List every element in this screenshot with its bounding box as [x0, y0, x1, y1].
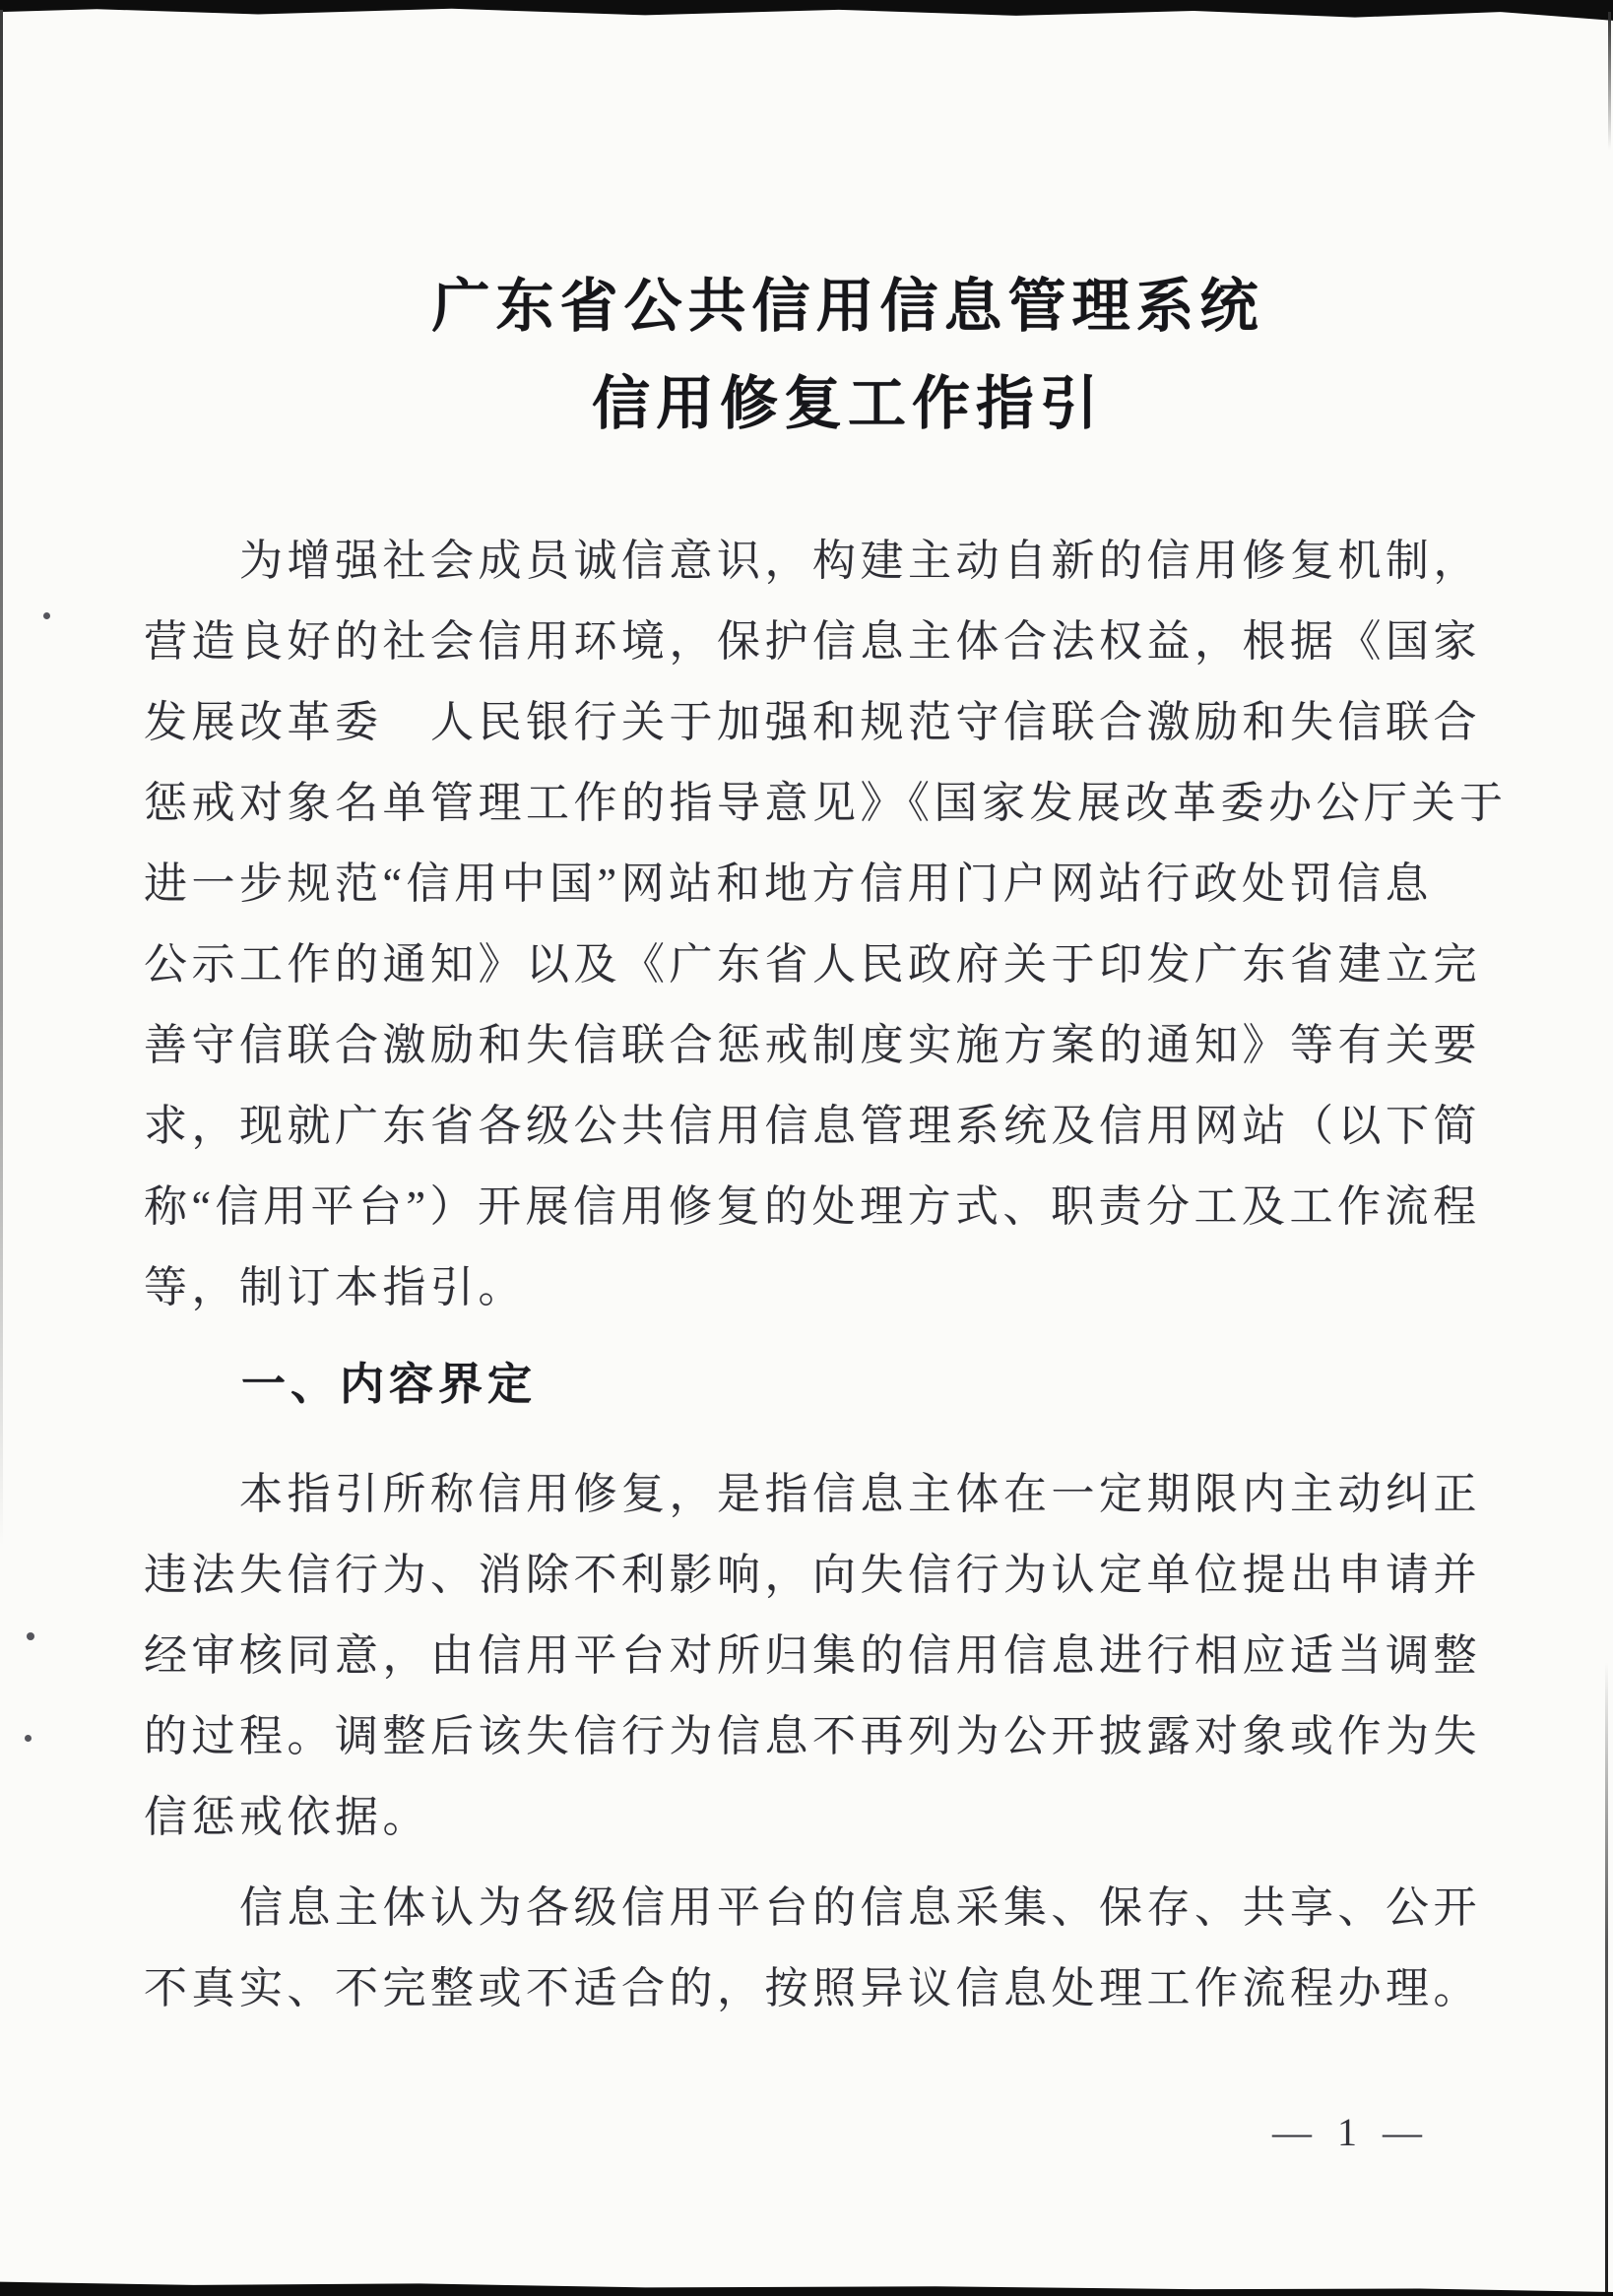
scan-artifact-right-edge-line-top — [1608, 12, 1611, 150]
scan-artifact-right-edge-line-bottom — [1605, 1662, 1608, 2292]
text-line: 不真实、不完整或不适合的，按照异议信息处理工作流程办理。 — [144, 1944, 1487, 2024]
document-title-line-2: 信用修复工作指引 — [41, 355, 1613, 453]
text-line: 公示工作的通知》以及《广东省人民政府关于印发广东省建立完 — [144, 920, 1487, 1000]
paragraph-2: 本指引所称信用修复，是指信息主体在一定期限内主动纠正 违法失信行为、消除不利影响… — [144, 1449, 1487, 1853]
document-title: 广东省公共信用信息管理系统 信用修复工作指引 — [41, 258, 1613, 453]
text-line: 善守信联合激励和失信联合惩戒制度实施方案的通知》等有关要 — [144, 1000, 1487, 1081]
paragraph-3: 信息主体认为各级信用平台的信息采集、保存、共享、公开 不真实、不完整或不适合的，… — [144, 1863, 1487, 2024]
text-line: 为增强社会成员诚信意识，构建主动自新的信用修复机制， — [144, 516, 1487, 597]
scan-artifact-left-edge-line — [0, 10, 3, 1546]
scanned-document-page: 广东省公共信用信息管理系统 信用修复工作指引 为增强社会成员诚信意识，构建主动自… — [0, 0, 1613, 2296]
text-line: 经审核同意，由信用平台对所归集的信用信息进行相应适当调整 — [144, 1611, 1487, 1691]
text-line: 等，制订本指引。 — [144, 1243, 1487, 1323]
text-line: 求，现就广东省各级公共信用信息管理系统及信用网站（以下简 — [144, 1081, 1487, 1162]
text-line: 的过程。调整后该失信行为信息不再列为公开披露对象或作为失 — [144, 1691, 1487, 1772]
ink-speck — [43, 612, 50, 619]
text-line: 惩戒对象名单管理工作的指导意见》《国家发展改革委办公厅关于 — [144, 758, 1487, 839]
text-line: 发展改革委 人民银行关于加强和规范守信联合激励和失信联合 — [144, 677, 1487, 758]
ink-speck — [25, 1735, 32, 1742]
document-body: 为增强社会成员诚信意识，构建主动自新的信用修复机制， 营造良好的社会信用环境，保… — [144, 516, 1487, 2024]
ink-speck — [27, 1632, 34, 1640]
text-line: 营造良好的社会信用环境，保护信息主体合法权益，根据《国家 — [144, 597, 1487, 677]
page-number: — 1 — — [1272, 2109, 1430, 2155]
scan-artifact-bottom-edge — [0, 2278, 1613, 2296]
text-line: 称“信用平台”）开展信用修复的处理方式、职责分工及工作流程 — [144, 1162, 1487, 1243]
document-title-line-1: 广东省公共信用信息管理系统 — [41, 258, 1613, 355]
paragraph-1: 为增强社会成员诚信意识，构建主动自新的信用修复机制， 营造良好的社会信用环境，保… — [144, 516, 1487, 1323]
text-line: 信惩戒依据。 — [144, 1772, 1487, 1853]
section-1-heading: 一、内容界定 — [144, 1339, 1487, 1420]
text-line: 违法失信行为、消除不利影响，向失信行为认定单位提出申请并 — [144, 1530, 1487, 1611]
scan-artifact-top-edge — [0, 0, 1613, 22]
text-line: 进一步规范“信用中国”网站和地方信用门户网站行政处罚信息 — [144, 839, 1487, 920]
text-line: 本指引所称信用修复，是指信息主体在一定期限内主动纠正 — [144, 1449, 1487, 1530]
text-line: 信息主体认为各级信用平台的信息采集、保存、共享、公开 — [144, 1863, 1487, 1944]
